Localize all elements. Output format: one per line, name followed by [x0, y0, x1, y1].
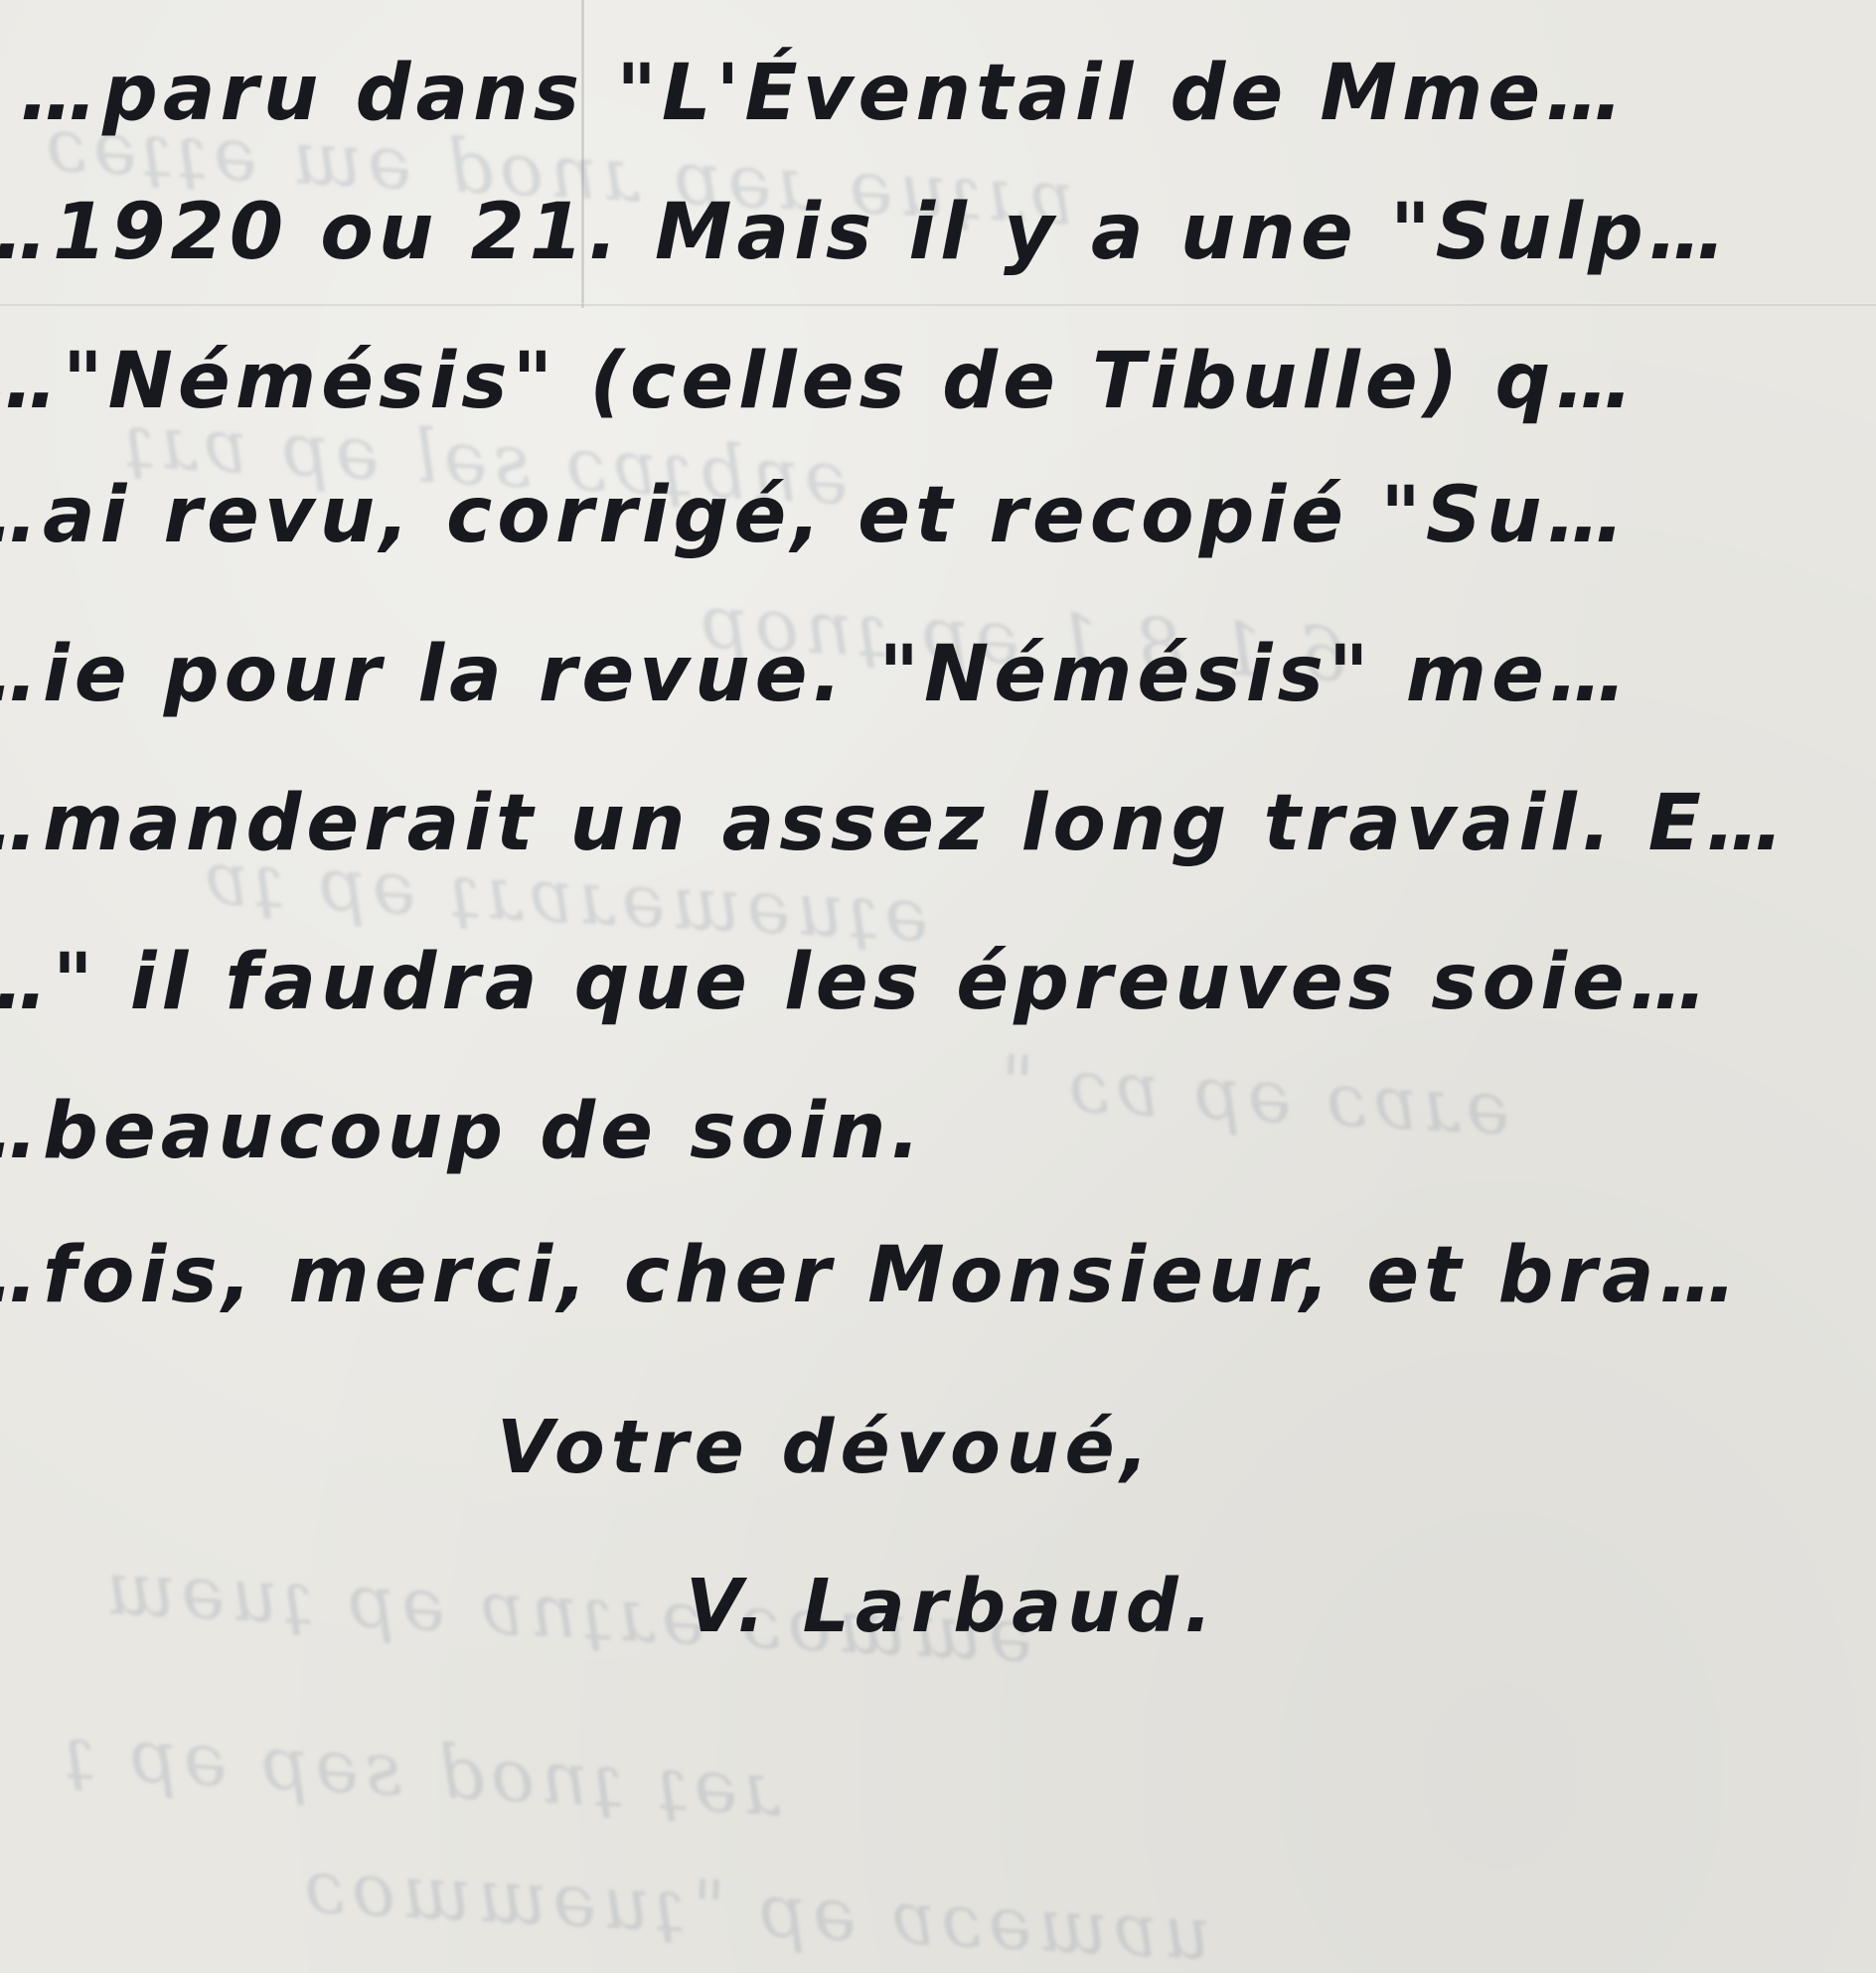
closing-salutation: Votre dévoué,	[497, 1411, 1155, 1484]
bleed-through-text: uɐɯǝɔɐ ǝp "ʇuǝɯɯoɔ	[296, 1844, 1212, 1973]
letter-line: …"Némésis" (celles de Tibulle) q…	[0, 343, 1638, 420]
letter-line: …fois, merci, cher Monsieur, et bra…	[0, 1237, 1742, 1314]
letter-line: …ai revu, corrigé, et recopié "Su…	[0, 477, 1630, 554]
letter-line: …" il faudra que les épreuves soie…	[0, 944, 1712, 1021]
letter-page: ɐɹʇuǝ ɹǝp ɹnod ǝɯ ǝʇʇǝɔ ǝnbʇɐɔ sǝl ǝp ɐɹ…	[0, 0, 1876, 1973]
letter-line: …beaucoup de soin.	[0, 1093, 925, 1170]
letter-line: …manderait un assez long travail. E…	[0, 785, 1789, 862]
letter-line: …1920 ou 21. Mais il y a une "Sulp…	[0, 194, 1731, 271]
signature: V. Larbaud.	[686, 1570, 1218, 1643]
letter-line: …ie pour la revue. "Némésis" me…	[0, 636, 1632, 713]
bleed-through-text: ɹǝʇ ʇnod sǝp ǝp ʇ	[58, 1710, 783, 1833]
letter-line: …paru dans "L'Éventail de Mme…	[20, 55, 1628, 132]
bleed-through-text: ǝɹɐɔ ǝp ɐɔ "	[992, 1039, 1512, 1151]
horizontal-fold-crease	[0, 303, 1876, 307]
